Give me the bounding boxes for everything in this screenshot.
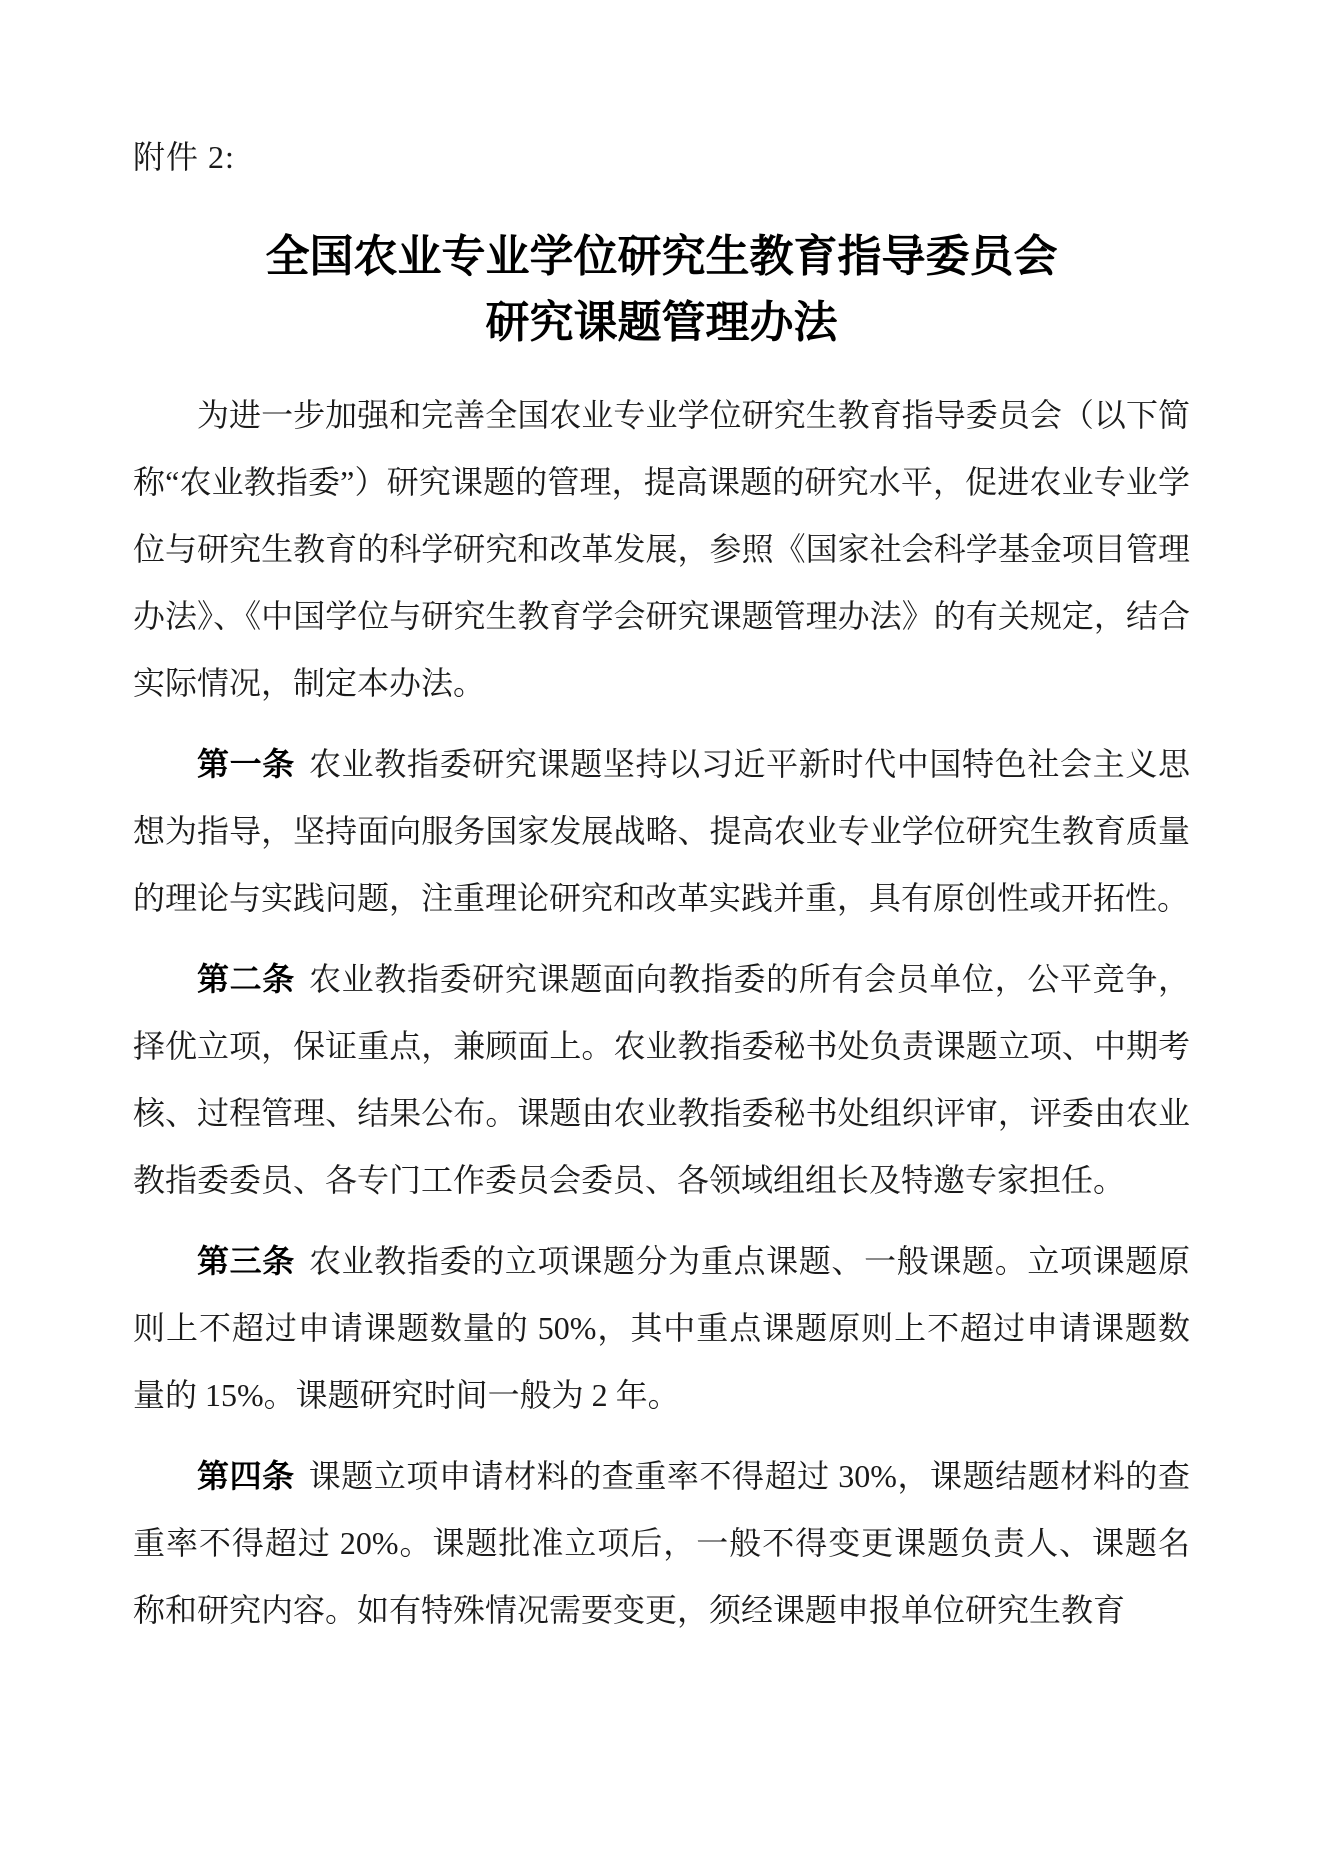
document-body: 为进一步加强和完善全国农业专业学位研究生教育指导委员会（以下简称“农业教指委”）… <box>133 382 1190 1644</box>
paragraph-article-2: 第二条农业教指委研究课题面向教指委的所有会员单位，公平竞争，择优立项，保证重点，… <box>133 946 1190 1214</box>
paragraph-intro: 为进一步加强和完善全国农业专业学位研究生教育指导委员会（以下简称“农业教指委”）… <box>133 382 1190 717</box>
document-title-line2: 研究课题管理办法 <box>133 290 1190 356</box>
article-4-lead: 第四条 <box>197 1458 295 1494</box>
paragraph-article-3: 第三条农业教指委的立项课题分为重点课题、一般课题。立项课题原则上不超过申请课题数… <box>133 1228 1190 1429</box>
paragraph-article-4: 第四条课题立项申请材料的查重率不得超过 30%，课题结题材料的查重率不得超过 2… <box>133 1443 1190 1644</box>
paragraph-article-1: 第一条农业教指委研究课题坚持以习近平新时代中国特色社会主义思想为指导，坚持面向服… <box>133 731 1190 932</box>
paragraph-intro-text: 为进一步加强和完善全国农业专业学位研究生教育指导委员会（以下简称“农业教指委”）… <box>133 397 1190 701</box>
article-2-lead: 第二条 <box>197 961 295 997</box>
document-page: 附件 2: 全国农业专业学位研究生教育指导委员会 研究课题管理办法 为进一步加强… <box>0 0 1323 1871</box>
attachment-label: 附件 2: <box>133 136 1190 178</box>
document-title-line1: 全国农业专业学位研究生教育指导委员会 <box>133 224 1190 290</box>
article-1-lead: 第一条 <box>197 746 295 782</box>
article-3-lead: 第三条 <box>197 1243 295 1279</box>
document-title: 全国农业专业学位研究生教育指导委员会 研究课题管理办法 <box>133 224 1190 356</box>
